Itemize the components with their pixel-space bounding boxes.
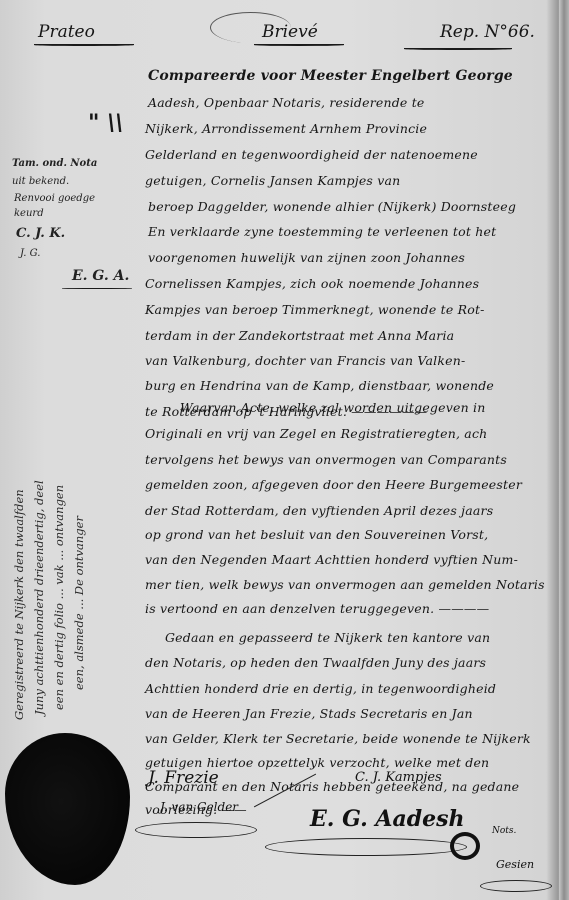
- signature-registrar: Gesien: [496, 858, 534, 871]
- body-line: burg en Hendrina van de Kamp, dienstbaar…: [145, 378, 494, 393]
- header-right-text: Rep. N°66.: [440, 22, 535, 42]
- body-line: Gedaan en gepasseerd te Nijkerk ten kant…: [165, 630, 490, 645]
- wax-seal: [5, 733, 130, 885]
- signature-witness-1: J. Frezie: [148, 768, 219, 788]
- body-line: Originali en vrij van Zegel en Registrat…: [145, 426, 487, 441]
- body-line: van den Negenden Maart Achttien honderd …: [145, 552, 518, 567]
- header-left-underline: [34, 44, 134, 46]
- body-line: En verklaarde zyne toestemming te verlee…: [148, 224, 496, 239]
- registration-line: Juny achttienhonderd drieendertig, deel: [32, 480, 46, 715]
- body-line: mer tien, welk bewys van onvermogen aan …: [145, 577, 545, 592]
- registration-line: een, alsmede ... De ontvanger: [72, 516, 86, 690]
- body-line: der Stad Rotterdam, den vyftienden April…: [145, 503, 493, 518]
- initials: J. G.: [20, 248, 40, 259]
- signature-notary: E. G. Aadesh: [310, 806, 465, 832]
- body-line: den Notaris, op heden den Twaalfden Juny…: [145, 655, 486, 670]
- body-line: tervolgens het bewys van onvermogen van …: [145, 452, 507, 467]
- body-line: van de Heeren Jan Frezie, Stads Secretar…: [145, 706, 473, 721]
- body-line: Aadesh, Openbaar Notaris, residerende te: [148, 95, 425, 110]
- body-line: Cornelissen Kampjes, zich ook noemende J…: [145, 276, 479, 291]
- body-line: gemelden zoon, afgegeven door den Heere …: [145, 477, 522, 492]
- document-page: Prateo Brievé Rep. N°66. " \\ Compareerd…: [0, 0, 569, 900]
- body-line: terdam in der Zandekortstraat met Anna M…: [145, 328, 454, 343]
- margin-note-line: Tam. ond. Nota: [12, 158, 97, 169]
- body-line: van Gelder, Klerk ter Secretarie, beide …: [145, 731, 531, 746]
- signature-comparant: C. J. Kampjes: [355, 770, 442, 785]
- initials-underline: [62, 288, 132, 289]
- signature-flourish: [480, 880, 552, 892]
- body-line: Waarvan Acte, welke zal worden uitgegeve…: [180, 400, 485, 415]
- margin-note-line: uit bekend.: [12, 176, 69, 187]
- body-line: voorgenomen huwelijk van zijnen zoon Joh…: [148, 250, 465, 265]
- header-right-underline: [404, 48, 512, 50]
- body-line: beroep Daggelder, wonende alhier (Nijker…: [148, 199, 516, 214]
- signature-notary-suffix: Nots.: [492, 826, 516, 836]
- body-line: op grond van het besluit van den Souvere…: [145, 527, 488, 542]
- signature-flourish: [135, 822, 257, 838]
- body-line: Nijkerk, Arrondissement Arnhem Provincie: [145, 121, 427, 136]
- signature-witness-2: J. van Gelder: [160, 800, 238, 814]
- signature-flourish: [265, 838, 467, 856]
- body-line: Kampjes van beroep Timmerknegt, wonende …: [145, 302, 485, 317]
- initials: E. G. A.: [72, 268, 129, 284]
- margin-note-line: Renvooi goedge: [14, 193, 95, 204]
- margin-note-line: keurd: [14, 208, 44, 219]
- initials: C. J. K.: [16, 226, 65, 241]
- registration-line: Geregistreerd te Nijkerk den twaalfden: [12, 489, 26, 720]
- registration-line: een en dertig folio ... vak ... ontvange…: [52, 485, 66, 710]
- header-left-text: Prateo: [38, 22, 95, 42]
- body-line: van Valkenburg, dochter van Francis van …: [145, 353, 465, 368]
- body-line: Compareerde voor Meester Engelbert Georg…: [148, 68, 513, 84]
- header-center-underline: [254, 44, 344, 46]
- header-flourish: [210, 12, 291, 43]
- pen-mark: " \\: [88, 110, 123, 136]
- body-line: Achttien honderd drie en dertig, in tege…: [145, 681, 496, 696]
- body-line: is vertoond en aan denzelven teruggegeve…: [145, 601, 489, 616]
- body-line: Gelderland en tegenwoordigheid der naten…: [145, 147, 478, 162]
- body-line: getuigen, Cornelis Jansen Kampjes van: [145, 173, 400, 188]
- signature-flourish-loop: [450, 832, 480, 860]
- page-edge: [559, 0, 569, 900]
